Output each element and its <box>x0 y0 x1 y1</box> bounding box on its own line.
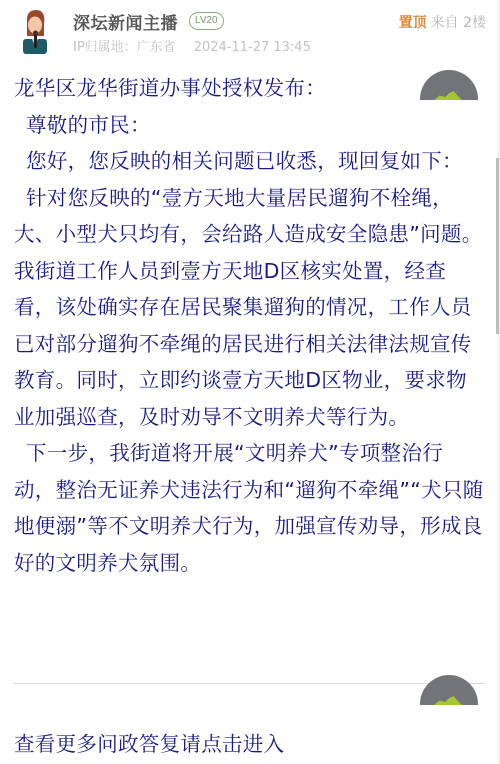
content-salutation: 尊敬的市民： <box>14 107 484 144</box>
ip-location: IP归属地：广东省 <box>73 40 176 55</box>
divider <box>14 683 485 684</box>
post-timestamp: 2024-11-27 13:45 <box>194 40 311 55</box>
news-anchor-avatar-icon <box>22 8 48 54</box>
scrollbar-thumb[interactable] <box>496 158 499 334</box>
more-replies-link[interactable]: 查看更多问政答复请点击进入 <box>14 727 284 757</box>
pinned-label: 置顶 <box>399 15 427 31</box>
content-paragraph: 针对您反映的“壹方天地大量居民遛狗不栓绳，大、小型犬只均有，会给路人造成安全隐患… <box>14 180 484 436</box>
post-header: 深坛新闻主播 LV20 IP归属地：广东省2024-11-27 13:45 置顶… <box>0 0 500 62</box>
post-content: 龙华区龙华街道办事处授权发布： 尊敬的市民： 您好，您反映的相关问题已收悉，现回… <box>14 70 484 581</box>
floor-source: 来自 2楼 <box>431 15 486 31</box>
author-name[interactable]: 深坛新闻主播 <box>73 9 178 34</box>
content-paragraph: 下一步，我街道将开展“文明养犬”专项整治行动，整治无证养犬违法行为和“遛狗不牵绳… <box>14 435 484 581</box>
level-badge: LV20 <box>189 12 224 30</box>
content-heading: 龙华区龙华街道办事处授权发布： <box>14 70 484 107</box>
post-meta: IP归属地：广东省2024-11-27 13:45 <box>73 36 329 55</box>
avatar[interactable] <box>22 8 48 54</box>
post-status: 置顶来自 2楼 <box>399 12 486 32</box>
floating-award-badge-icon[interactable] <box>420 675 478 705</box>
content-greeting: 您好，您反映的相关问题已收悉，现回复如下： <box>14 143 484 180</box>
